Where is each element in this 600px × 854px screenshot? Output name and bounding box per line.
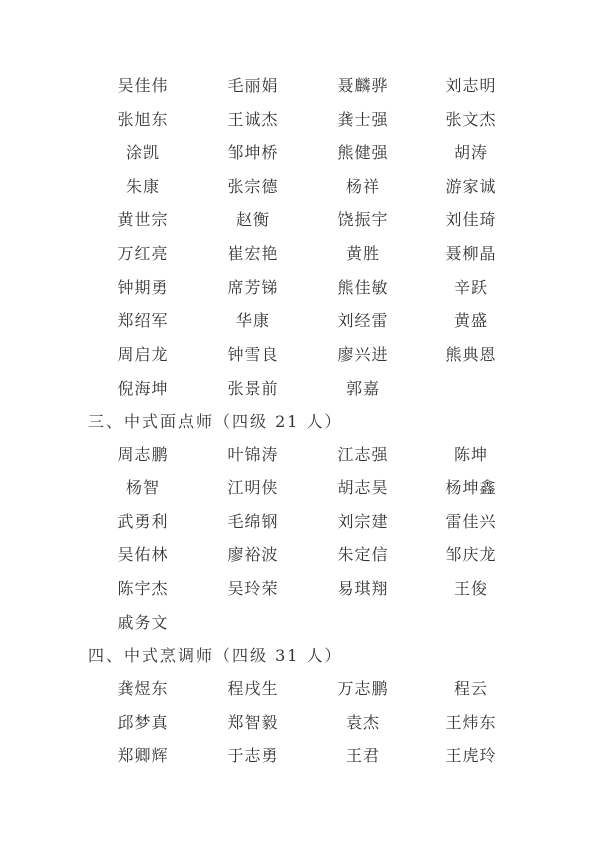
name-cell: 万红亮 (93, 242, 193, 266)
name-cell: 王君 (313, 744, 413, 768)
name-row: 钟期勇 席芳锑 熊佳敏 辛跃 (0, 276, 600, 300)
name-cell: 邹庆龙 (421, 543, 521, 567)
name-row: 郑卿辉 于志勇 王君 王虎玲 (0, 744, 600, 768)
name-cell: 万志鹏 (313, 677, 413, 701)
name-cell: 游家诚 (421, 175, 521, 199)
name-cell: 刘佳琦 (421, 208, 521, 232)
name-cell: 刘宗建 (313, 510, 413, 534)
name-cell: 郑绍军 (93, 309, 193, 333)
document-page: 吴佳伟 毛丽娟 聂麟骅 刘志明 张旭东 王诚杰 龚士强 张文杰 涂凯 邹坤桥 熊… (0, 0, 600, 854)
name-cell: 吴佑林 (93, 543, 193, 567)
name-cell: 毛丽娟 (203, 74, 303, 98)
name-cell: 周志鹏 (93, 443, 193, 467)
name-cell: 刘志明 (421, 74, 521, 98)
name-cell: 雷佳兴 (421, 510, 521, 534)
name-cell: 张文杰 (421, 108, 521, 132)
section-heading: 四、中式烹调师（四级 31 人） (88, 644, 343, 668)
name-cell: 聂麟骅 (313, 74, 413, 98)
name-cell: 朱康 (93, 175, 193, 199)
name-cell: 黄盛 (421, 309, 521, 333)
name-cell: 赵衡 (203, 208, 303, 232)
name-cell: 华康 (203, 309, 303, 333)
name-cell: 郑卿辉 (93, 744, 193, 768)
name-cell: 熊典恩 (421, 343, 521, 367)
name-row: 涂凯 邹坤桥 熊健强 胡涛 (0, 141, 600, 165)
name-cell: 龚煜东 (93, 677, 193, 701)
name-cell: 聂柳晶 (421, 242, 521, 266)
name-cell: 武勇利 (93, 510, 193, 534)
name-row: 陈宇杰 吴玲荣 易琪翔 王俊 (0, 577, 600, 601)
name-cell: 王炜东 (421, 711, 521, 735)
name-cell: 程戌生 (203, 677, 303, 701)
name-cell: 钟期勇 (93, 276, 193, 300)
name-cell: 张景前 (203, 377, 303, 401)
name-cell: 倪海坤 (93, 377, 193, 401)
name-cell: 张旭东 (93, 108, 193, 132)
name-row: 武勇利 毛绵钢 刘宗建 雷佳兴 (0, 510, 600, 534)
name-cell: 戚务文 (93, 611, 193, 635)
name-cell: 吴玲荣 (203, 577, 303, 601)
name-row: 周启龙 钟雪良 廖兴进 熊典恩 (0, 343, 600, 367)
name-cell: 易琪翔 (313, 577, 413, 601)
name-cell: 邹坤桥 (203, 141, 303, 165)
name-cell: 王虎玲 (421, 744, 521, 768)
name-cell: 张宗德 (203, 175, 303, 199)
name-row: 倪海坤 张景前 郭嘉 (0, 377, 600, 401)
name-cell: 吴佳伟 (93, 74, 193, 98)
name-cell: 郑智毅 (203, 711, 303, 735)
name-cell: 廖裕波 (203, 543, 303, 567)
name-cell: 刘经雷 (313, 309, 413, 333)
name-cell: 毛绵钢 (203, 510, 303, 534)
name-cell: 王诚杰 (203, 108, 303, 132)
name-cell: 崔宏艳 (203, 242, 303, 266)
name-row: 邱梦真 郑智毅 袁杰 王炜东 (0, 711, 600, 735)
name-cell: 周启龙 (93, 343, 193, 367)
name-cell: 熊佳敏 (313, 276, 413, 300)
name-cell: 程云 (421, 677, 521, 701)
name-cell: 钟雪良 (203, 343, 303, 367)
name-row: 龚煜东 程戌生 万志鹏 程云 (0, 677, 600, 701)
name-row: 黄世宗 赵衡 饶振宇 刘佳琦 (0, 208, 600, 232)
name-cell: 席芳锑 (203, 276, 303, 300)
name-row: 万红亮 崔宏艳 黄胜 聂柳晶 (0, 242, 600, 266)
name-cell: 杨坤鑫 (421, 476, 521, 500)
name-cell: 熊健强 (313, 141, 413, 165)
name-cell: 袁杰 (313, 711, 413, 735)
name-row: 周志鹏 叶锦涛 江志强 陈坤 (0, 443, 600, 467)
name-cell: 廖兴进 (313, 343, 413, 367)
name-cell: 叶锦涛 (203, 443, 303, 467)
name-cell: 杨智 (93, 476, 193, 500)
section-heading: 三、中式面点师（四级 21 人） (88, 410, 343, 434)
name-cell: 邱梦真 (93, 711, 193, 735)
name-cell: 郭嘉 (313, 377, 413, 401)
name-row: 吴佑林 廖裕波 朱定信 邹庆龙 (0, 543, 600, 567)
name-cell: 陈坤 (421, 443, 521, 467)
name-cell: 江志强 (313, 443, 413, 467)
name-cell: 胡志昊 (313, 476, 413, 500)
name-row: 戚务文 (0, 611, 600, 635)
name-row: 杨智 江明侠 胡志昊 杨坤鑫 (0, 476, 600, 500)
name-row: 张旭东 王诚杰 龚士强 张文杰 (0, 108, 600, 132)
name-row: 吴佳伟 毛丽娟 聂麟骅 刘志明 (0, 74, 600, 98)
name-cell: 杨祥 (313, 175, 413, 199)
name-cell: 饶振宇 (313, 208, 413, 232)
name-row: 郑绍军 华康 刘经雷 黄盛 (0, 309, 600, 333)
name-cell: 黄胜 (313, 242, 413, 266)
name-cell: 陈宇杰 (93, 577, 193, 601)
name-cell: 朱定信 (313, 543, 413, 567)
name-cell: 胡涛 (421, 141, 521, 165)
name-cell: 黄世宗 (93, 208, 193, 232)
name-cell: 龚士强 (313, 108, 413, 132)
name-cell: 于志勇 (203, 744, 303, 768)
name-cell: 王俊 (421, 577, 521, 601)
name-cell: 涂凯 (93, 141, 193, 165)
name-cell: 江明侠 (203, 476, 303, 500)
name-row: 朱康 张宗德 杨祥 游家诚 (0, 175, 600, 199)
name-cell: 辛跃 (421, 276, 521, 300)
